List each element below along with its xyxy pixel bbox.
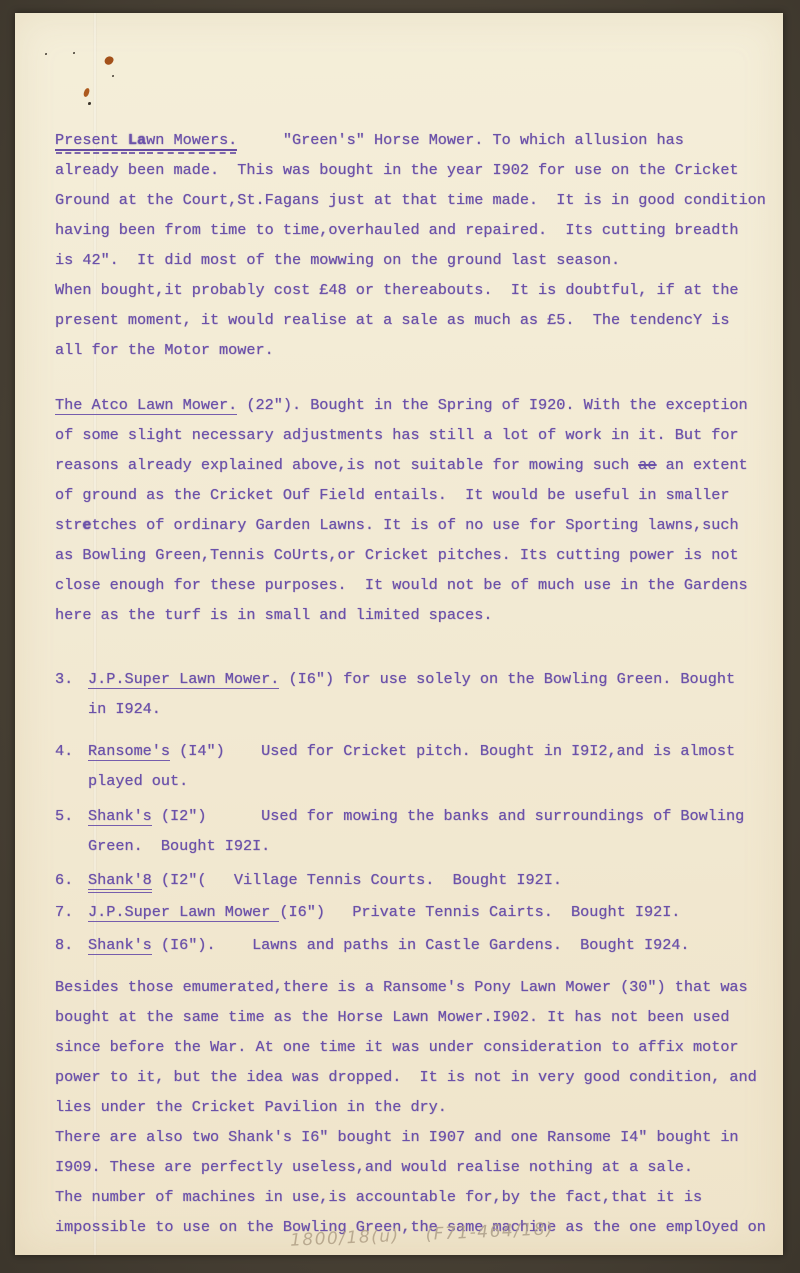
text-segment: Shank'8: [88, 871, 152, 893]
text-segment: I909. These are perfectly useless,and wo…: [55, 1158, 693, 1176]
list-item: 4.Ransome's (I4") Used for Cricket pitch…: [55, 736, 779, 796]
text-segment: as Bowling Green,Tennis CoUrts,or Cricke…: [55, 546, 739, 564]
text-segment: (I6") Private Tennis Cairts. Bought I92I…: [279, 903, 680, 921]
list-item: 5.Shank's (I2") Used for mowing the bank…: [55, 801, 779, 861]
text-segment: power to it, but the idea was dropped. I…: [55, 1068, 757, 1086]
text-segment: tches of ordinary Garden Lawns. It is of…: [91, 516, 738, 534]
list-item: 8.Shank's (I6"). Lawns and paths in Cast…: [55, 930, 779, 960]
text-segment: La: [128, 131, 146, 151]
text-segment: The number of machines in use,is account…: [55, 1188, 702, 1206]
list-number: 4.: [55, 736, 88, 766]
scan-background: { "page": { "background_color": "#4a4236…: [0, 0, 800, 1273]
list-number: 5.: [55, 801, 88, 831]
text-line: Shank's (I2") Used for mowing the banks …: [88, 801, 779, 831]
text-segment: There are also two Shank's I6" bought in…: [55, 1128, 739, 1146]
paper-sheet: Present Lawn Mowers. "Green's" Horse Mow…: [15, 13, 783, 1255]
list-number: 3.: [55, 664, 88, 694]
text-segment: (22"). Bought in the Spring of I920. Wit…: [237, 396, 747, 414]
text-segment: reasons already explained above,is not s…: [55, 456, 638, 474]
text-segment: bought at the same time as the Horse Law…: [55, 1008, 729, 1026]
text-segment: wn Mowers.: [146, 131, 237, 151]
text-line: played out.: [88, 766, 779, 796]
text-line: of some slight necessary adjustments has…: [55, 420, 779, 450]
text-segment: Ransome's: [88, 742, 170, 761]
text-segment: ae: [638, 456, 656, 474]
text-line: here as the turf is in small and limited…: [55, 600, 779, 630]
text-line: Ransome's (I4") Used for Cricket pitch. …: [88, 736, 779, 766]
text-line: stretches of ordinary Garden Lawns. It i…: [55, 510, 779, 540]
list-item: 7.J.P.Super Lawn Mower (I6") Private Ten…: [55, 897, 779, 927]
list-item: 3.J.P.Super Lawn Mower. (I6") for use so…: [55, 664, 779, 724]
list-item: 6.Shank'8 (I2"( Village Tennis Courts. B…: [55, 865, 779, 895]
text-segment: When bought,it probably cost £48 or ther…: [55, 281, 739, 299]
text-segment: in I924.: [88, 700, 161, 718]
text-segment: (I4") Used for Cricket pitch. Bought in …: [170, 742, 735, 760]
text-segment: (I2"( Village Tennis Courts. Bought I92I…: [152, 871, 562, 889]
text-segment: is 42". It did most of the mowwing on th…: [55, 251, 620, 269]
text-line: Shank'8 (I2"( Village Tennis Courts. Bou…: [88, 865, 779, 895]
text-segment: Green. Bought I92I.: [88, 837, 270, 855]
text-segment: having been from time to time,overhauled…: [55, 221, 739, 239]
list-item-text: Ransome's (I4") Used for Cricket pitch. …: [88, 736, 779, 796]
list-item-text: J.P.Super Lawn Mower (I6") Private Tenni…: [88, 897, 779, 927]
text-segment: here as the turf is in small and limited…: [55, 606, 492, 624]
text-segment: (I2") Used for mowing the banks and surr…: [152, 807, 744, 825]
text-segment: str: [55, 516, 82, 534]
text-line: J.P.Super Lawn Mower (I6") Private Tenni…: [88, 897, 779, 927]
text-segment: already been made. This was bought in th…: [55, 161, 739, 179]
paragraph: Present Lawn Mowers. "Green's" Horse Mow…: [55, 125, 779, 365]
list-item-text: Shank'8 (I2"( Village Tennis Courts. Bou…: [88, 865, 779, 895]
text-segment: Present: [55, 131, 128, 151]
list-item-text: Shank's (I2") Used for mowing the banks …: [88, 801, 779, 861]
document-body: Present Lawn Mowers. "Green's" Horse Mow…: [15, 13, 783, 1242]
text-line: all for the Motor mower.: [55, 335, 779, 365]
text-line: bought at the same time as the Horse Law…: [55, 1002, 779, 1032]
text-segment: of ground as the Cricket Ouf Field entai…: [55, 486, 729, 504]
list-number: 7.: [55, 897, 88, 927]
text-segment: close enough for these purposes. It woul…: [55, 576, 748, 594]
text-segment: "Green's" Horse Mower. To which allusion…: [237, 131, 684, 149]
text-line: Green. Bought I92I.: [88, 831, 779, 861]
text-segment: present moment, it would realise at a sa…: [55, 311, 729, 329]
text-line: Ground at the Court,St.Fagans just at th…: [55, 185, 779, 215]
text-segment: Ground at the Court,St.Fagans just at th…: [55, 191, 766, 209]
text-segment: of some slight necessary adjustments has…: [55, 426, 739, 444]
archive-ref-number: 1800/18(u): [290, 1226, 400, 1251]
text-line: since before the War. At one time it was…: [55, 1032, 779, 1062]
text-line: The number of machines in use,is account…: [55, 1182, 779, 1212]
text-segment: (I6") for use solely on the Bowling Gree…: [279, 670, 735, 688]
text-line: of ground as the Cricket Ouf Field entai…: [55, 480, 779, 510]
text-line: The Atco Lawn Mower. (22"). Bought in th…: [55, 390, 779, 420]
text-segment: J.P.Super Lawn Mower.: [88, 670, 279, 689]
list-item-text: J.P.Super Lawn Mower. (I6") for use sole…: [88, 664, 779, 724]
text-segment: The Atco Lawn Mower.: [55, 396, 237, 415]
text-line: power to it, but the idea was dropped. I…: [55, 1062, 779, 1092]
text-segment: played out.: [88, 772, 188, 790]
list-number: 6.: [55, 865, 88, 895]
text-line: in I924.: [88, 694, 779, 724]
text-line: present moment, it would realise at a sa…: [55, 305, 779, 335]
text-segment: an extent: [657, 456, 748, 474]
text-segment: (I6"). Lawns and paths in Castle Gardens…: [152, 936, 690, 954]
text-segment: since before the War. At one time it was…: [55, 1038, 739, 1056]
text-segment: all for the Motor mower.: [55, 341, 274, 359]
text-segment: Besides those emumerated,there is a Rans…: [55, 978, 748, 996]
text-line: is 42". It did most of the mowwing on th…: [55, 245, 779, 275]
text-segment: lies under the Cricket Pavilion in the d…: [55, 1098, 447, 1116]
text-line: Besides those emumerated,there is a Rans…: [55, 972, 779, 1002]
text-segment: J.P.Super Lawn Mower: [88, 903, 279, 922]
text-line: reasons already explained above,is not s…: [55, 450, 779, 480]
text-line: Shank's (I6"). Lawns and paths in Castle…: [88, 930, 779, 960]
text-segment: Shank's: [88, 807, 152, 826]
text-line: as Bowling Green,Tennis CoUrts,or Cricke…: [55, 540, 779, 570]
text-line: close enough for these purposes. It woul…: [55, 570, 779, 600]
list-number: 8.: [55, 930, 88, 960]
text-line: lies under the Cricket Pavilion in the d…: [55, 1092, 779, 1122]
text-line: Present Lawn Mowers. "Green's" Horse Mow…: [55, 125, 779, 155]
list-item-text: Shank's (I6"). Lawns and paths in Castle…: [88, 930, 779, 960]
text-line: There are also two Shank's I6" bought in…: [55, 1122, 779, 1152]
paragraph: Besides those emumerated,there is a Rans…: [55, 972, 779, 1242]
text-line: I909. These are perfectly useless,and wo…: [55, 1152, 779, 1182]
text-line: J.P.Super Lawn Mower. (I6") for use sole…: [88, 664, 779, 694]
text-line: having been from time to time,overhauled…: [55, 215, 779, 245]
text-line: When bought,it probably cost £48 or ther…: [55, 275, 779, 305]
text-line: already been made. This was bought in th…: [55, 155, 779, 185]
paragraph: The Atco Lawn Mower. (22"). Bought in th…: [55, 390, 779, 630]
text-segment: Shank's: [88, 936, 152, 955]
